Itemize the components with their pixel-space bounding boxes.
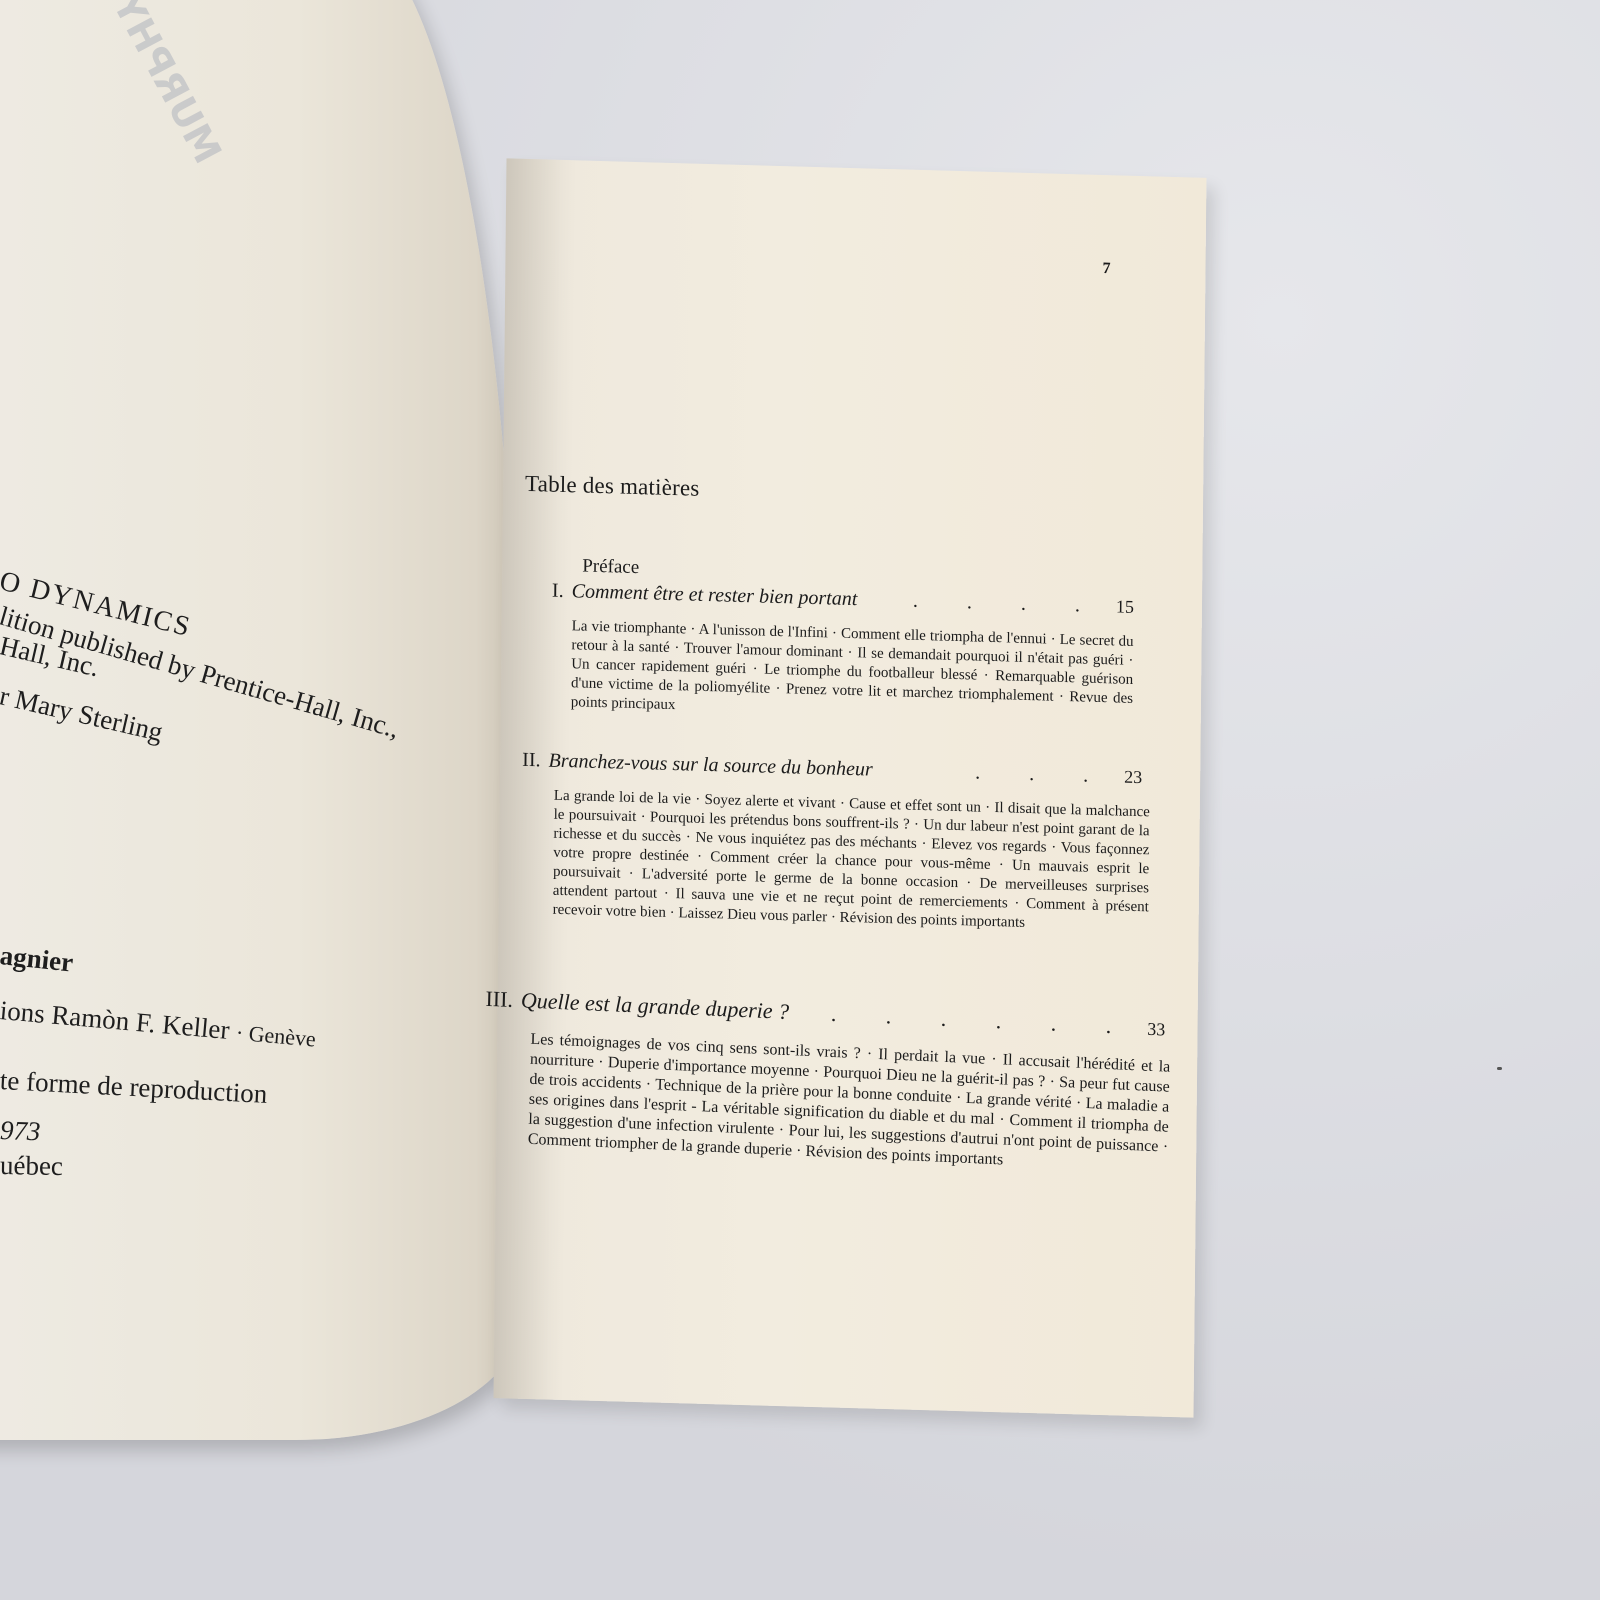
toc-entry-preface: Préface: [582, 556, 639, 580]
toc-entry-chapter-1: I. Comment être et rester bien portant .…: [551, 580, 1134, 728]
chapter-numeral: I.: [552, 580, 564, 603]
leader-dots: . . . .: [857, 588, 1116, 618]
chapter-numeral: III.: [485, 986, 513, 1013]
copyright-line: uébec: [0, 1150, 63, 1182]
right-page: 7 Table des matières Préface I. Comment …: [494, 158, 1207, 1417]
chapter-summary: La vie triomphante · A l'unisson de l'In…: [571, 617, 1134, 728]
publisher-city: · Genève: [235, 1020, 317, 1052]
toc-entry-chapter-3: III. Quelle est la grande duperie ? . . …: [482, 986, 1166, 1178]
photo-scene: ESPRIT MURPHY O DYNAMICS lition publishe…: [0, 0, 1600, 1600]
chapter-summary: Les témoignages de vos cinq sens sont-il…: [528, 1030, 1171, 1178]
chapter-heading: I. Comment être et rester bien portant .…: [552, 580, 1134, 619]
publisher-name: ions Ramòn F. Keller: [0, 995, 231, 1045]
leader-dots: . . .: [873, 759, 1125, 789]
dust-speck: [1497, 1067, 1502, 1070]
copyright-block: O DYNAMICS lition published by Prentice-…: [0, 0, 520, 1440]
page-number: 7: [1102, 260, 1110, 278]
chapter-page-number: 23: [1124, 767, 1142, 788]
copyright-line: ions Ramòn F. Keller · Genève: [0, 995, 317, 1054]
chapter-summary: La grande loi de la vie · Soyez alerte e…: [553, 787, 1150, 937]
copyright-line: agnier: [0, 940, 75, 979]
leader-dots: . . . . . .: [789, 999, 1148, 1041]
chapter-title: Quelle est la grande duperie ?: [521, 987, 790, 1025]
left-page: ESPRIT MURPHY O DYNAMICS lition publishe…: [0, 0, 520, 1440]
chapter-title: Branchez-vous sur la source du bonheur: [548, 750, 872, 782]
toc-entry-chapter-2: II. Branchez-vous sur la source du bonhe…: [521, 749, 1143, 936]
copyright-line: te forme de reproduction: [0, 1065, 268, 1110]
copyright-year: 973: [0, 1115, 41, 1147]
chapter-heading: II. Branchez-vous sur la source du bonhe…: [522, 749, 1142, 789]
chapter-page-number: 15: [1116, 596, 1134, 617]
chapter-title: Comment être et rester bien portant: [572, 580, 858, 611]
table-of-contents: 7 Table des matières Préface I. Comment …: [494, 158, 1207, 1417]
chapter-numeral: II.: [522, 749, 541, 773]
chapter-page-number: 33: [1147, 1019, 1166, 1041]
toc-heading: Table des matières: [525, 471, 700, 502]
copyright-line: r Mary Sterling: [0, 680, 166, 748]
